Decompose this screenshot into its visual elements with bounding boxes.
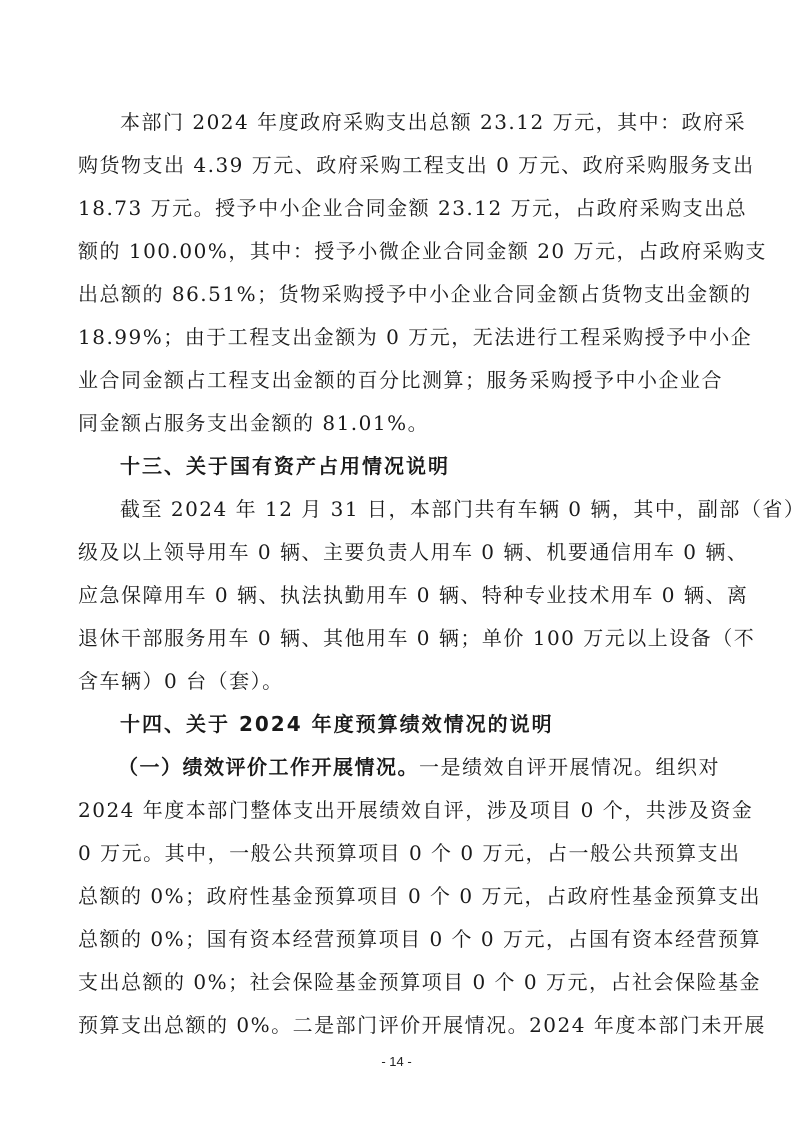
paragraph-line: 级及以上领导用车 0 辆、主要负责人用车 0 辆、机要通信用车 0 辆、	[78, 537, 714, 567]
paragraph-line: 应急保障用车 0 辆、执法执勤用车 0 辆、特种专业技术用车 0 辆、离	[78, 580, 714, 610]
paragraph-line: 购货物支出 4.39 万元、政府采购工程支出 0 万元、政府采购服务支出	[78, 150, 714, 180]
paragraph-text: 一是绩效自评开展情况。组织对	[419, 755, 720, 779]
document-page: 本部门 2024 年度政府采购支出总额 23.12 万元，其中：政府采 购货物支…	[0, 0, 793, 1122]
section-heading: 十三、关于国有资产占用情况说明	[120, 451, 714, 481]
paragraph-line: 18.99%；由于工程支出金额为 0 万元，无法进行工程采购授予中小企	[78, 322, 714, 352]
paragraph-line: 预算支出总额的 0%。二是部门评价开展情况。2024 年度本部门未开展	[78, 1010, 714, 1040]
paragraph-line: 2024 年度本部门整体支出开展绩效自评，涉及项目 0 个，共涉及资金	[78, 795, 714, 825]
paragraph-line: 总额的 0%；国有资本经营预算项目 0 个 0 万元，占国有资本经营预算	[78, 924, 714, 954]
paragraph-line: 总额的 0%；政府性基金预算项目 0 个 0 万元，占政府性基金预算支出	[78, 881, 714, 911]
paragraph-line: 截至 2024 年 12 月 31 日，本部门共有车辆 0 辆，其中，副部（省）	[120, 494, 714, 524]
subsection-lead: （一）绩效评价工作开展情况。	[118, 755, 419, 779]
paragraph-line: 同金额占服务支出金额的 81.01%。	[78, 408, 714, 438]
paragraph-line: 退休干部服务用车 0 辆、其他用车 0 辆；单价 100 万元以上设备（不	[78, 623, 714, 653]
paragraph-line: 18.73 万元。授予中小企业合同金额 23.12 万元，占政府采购支出总	[78, 193, 714, 223]
paragraph-line: 本部门 2024 年度政府采购支出总额 23.12 万元，其中：政府采	[120, 107, 714, 137]
page-number: - 14 -	[0, 1054, 793, 1069]
paragraph-line: 0 万元。其中，一般公共预算项目 0 个 0 万元，占一般公共预算支出	[78, 838, 714, 868]
paragraph-line: 额的 100.00%，其中：授予小微企业合同金额 20 万元，占政府采购支	[78, 236, 714, 266]
paragraph-line: 含车辆）0 台（套）。	[78, 666, 714, 696]
paragraph-line: 出总额的 86.51%；货物采购授予中小企业合同金额占货物支出金额的	[78, 279, 714, 309]
section-heading: 十四、关于 2024 年度预算绩效情况的说明	[120, 709, 714, 739]
paragraph-line: 业合同金额占工程支出金额的百分比测算；服务采购授予中小企业合	[78, 365, 714, 395]
paragraph-line: （一）绩效评价工作开展情况。一是绩效自评开展情况。组织对	[118, 752, 714, 782]
paragraph-line: 支出总额的 0%；社会保险基金预算项目 0 个 0 万元，占社会保险基金	[78, 967, 714, 997]
